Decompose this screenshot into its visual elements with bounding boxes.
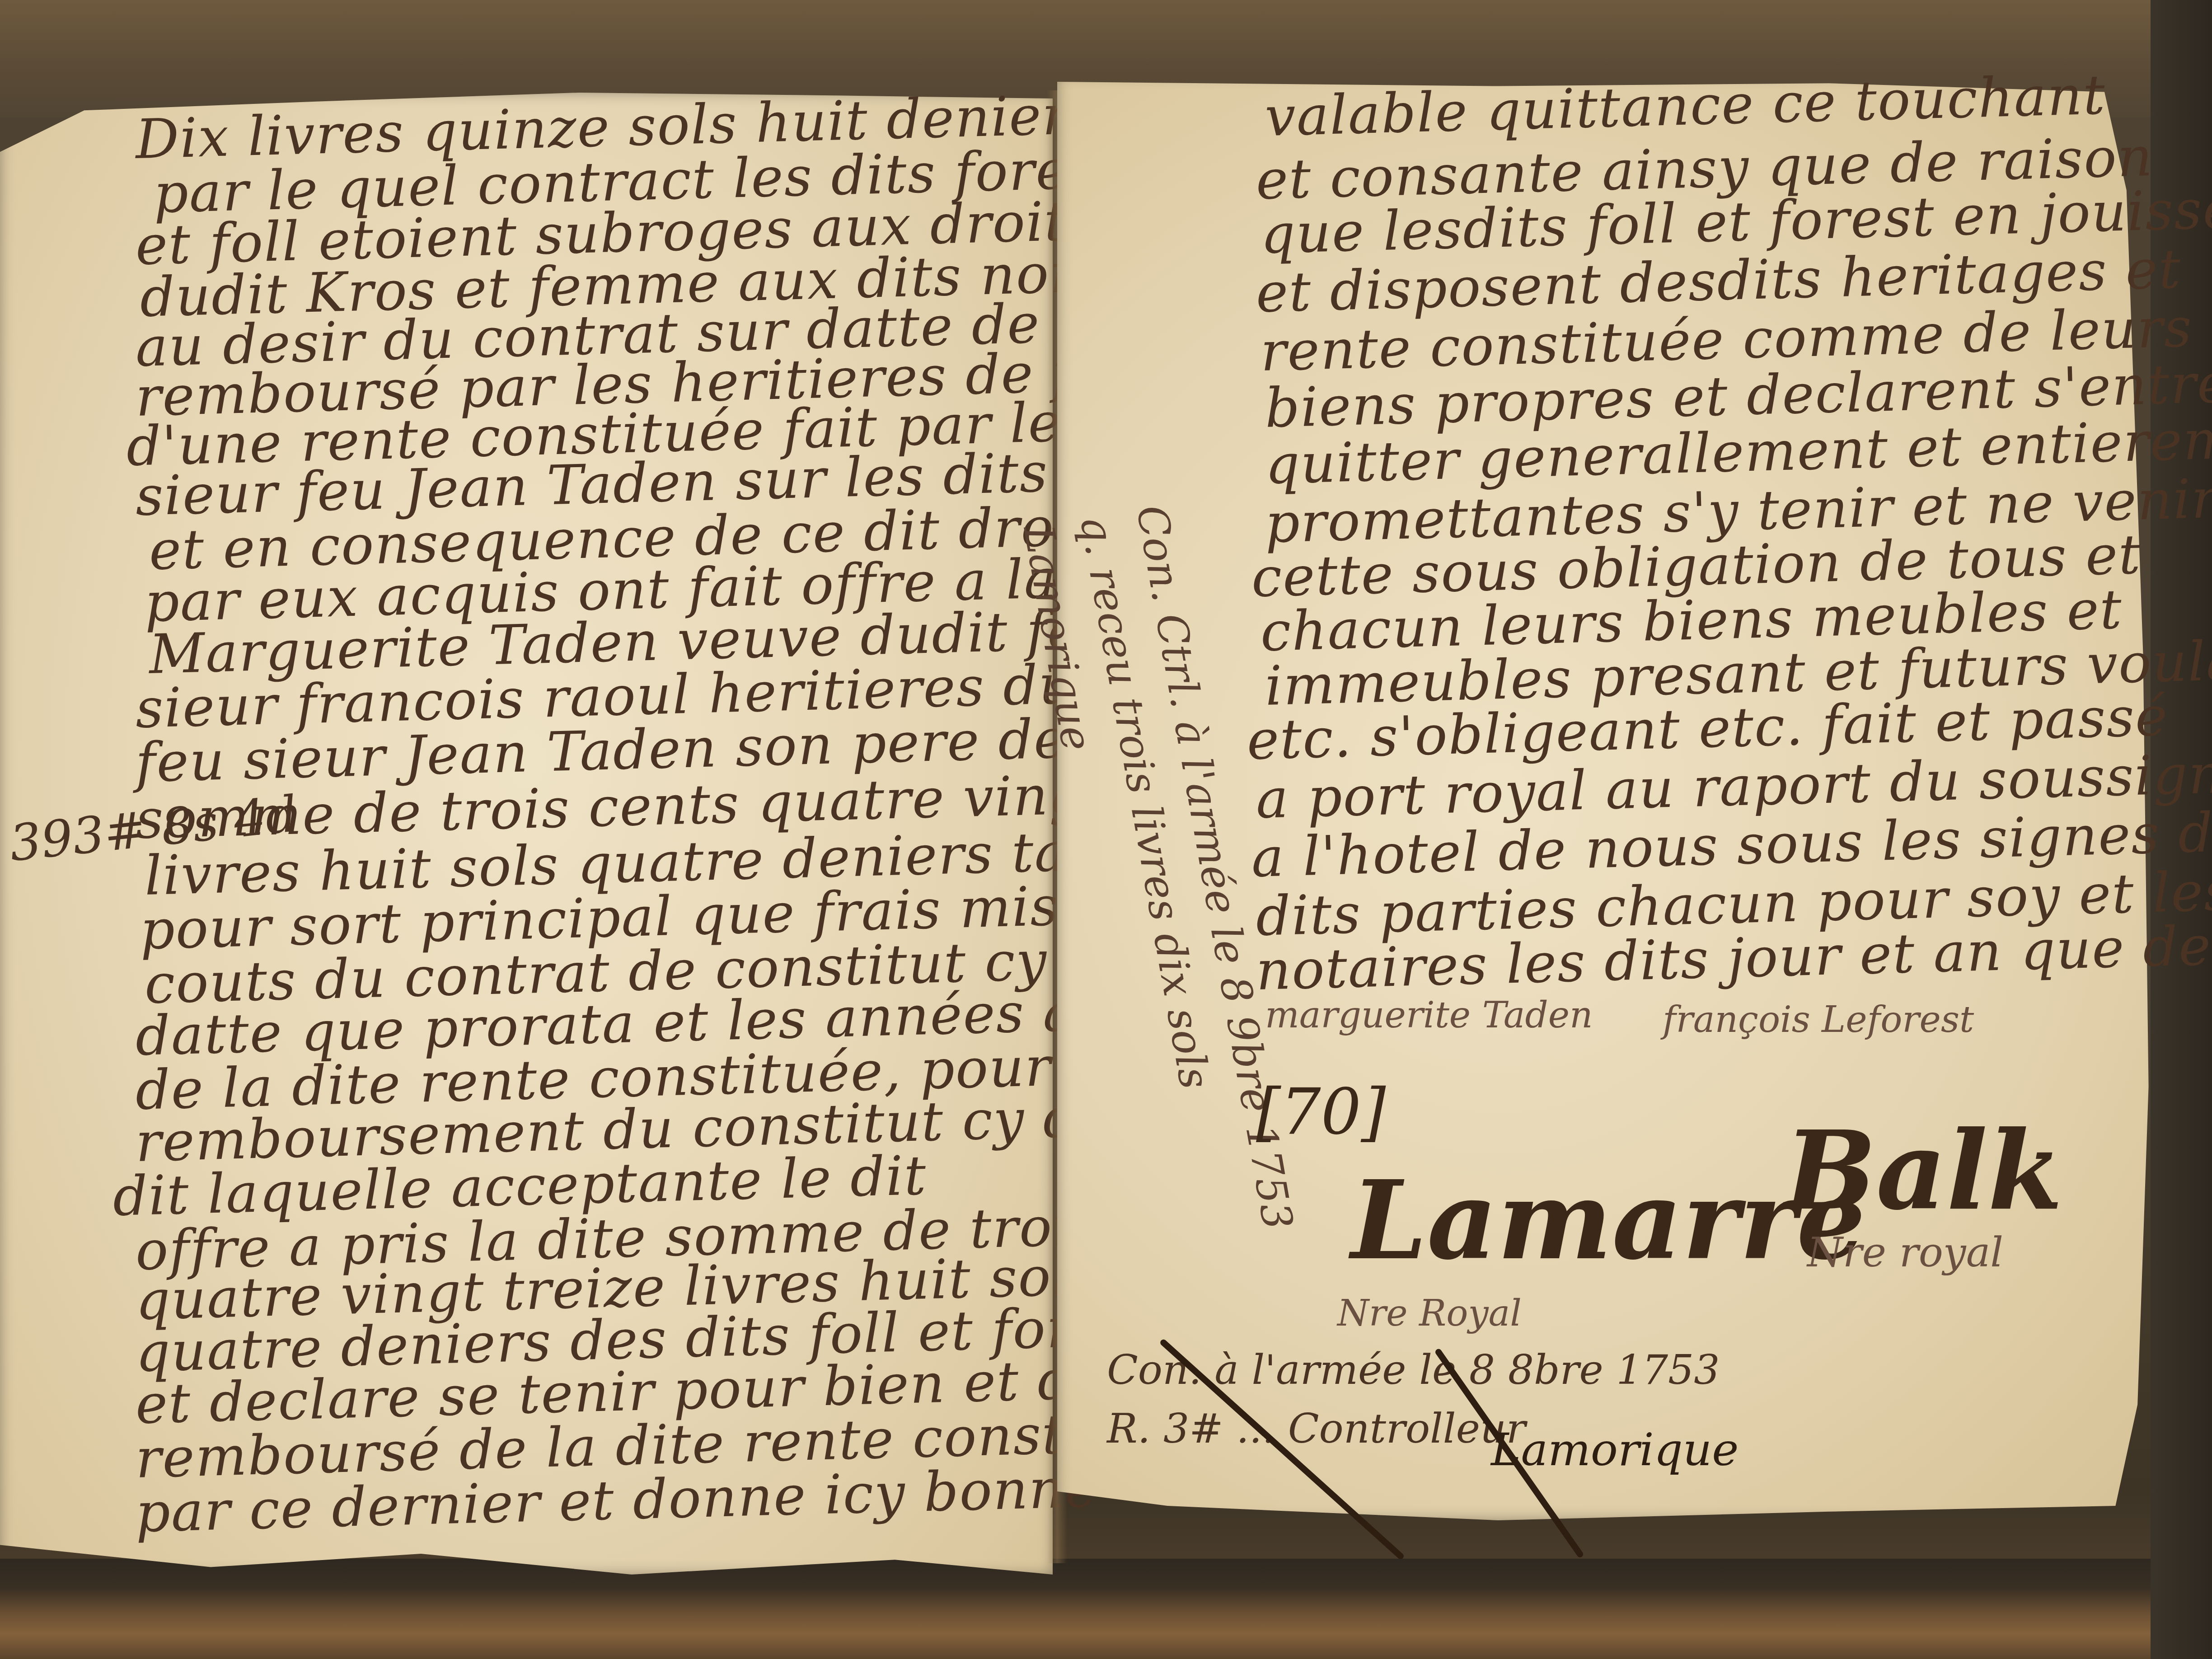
- control-note-line-2: R. 3# ... Controlleur: [1107, 1405, 1526, 1453]
- notary-2-title: Nre royal: [1807, 1229, 2003, 1276]
- signature-notary-2: Balk: [1785, 1107, 2063, 1234]
- signature-marguerite-taden: marguerite Taden: [1265, 994, 1593, 1036]
- signature-francois-leforest: françois Leforest: [1663, 998, 1974, 1040]
- control-signature: Lamorique: [1491, 1423, 1739, 1476]
- notary-1-title: Nre Royal: [1337, 1292, 1522, 1334]
- folio-number: [70]: [1256, 1075, 1386, 1149]
- table-surface: [0, 1559, 2212, 1659]
